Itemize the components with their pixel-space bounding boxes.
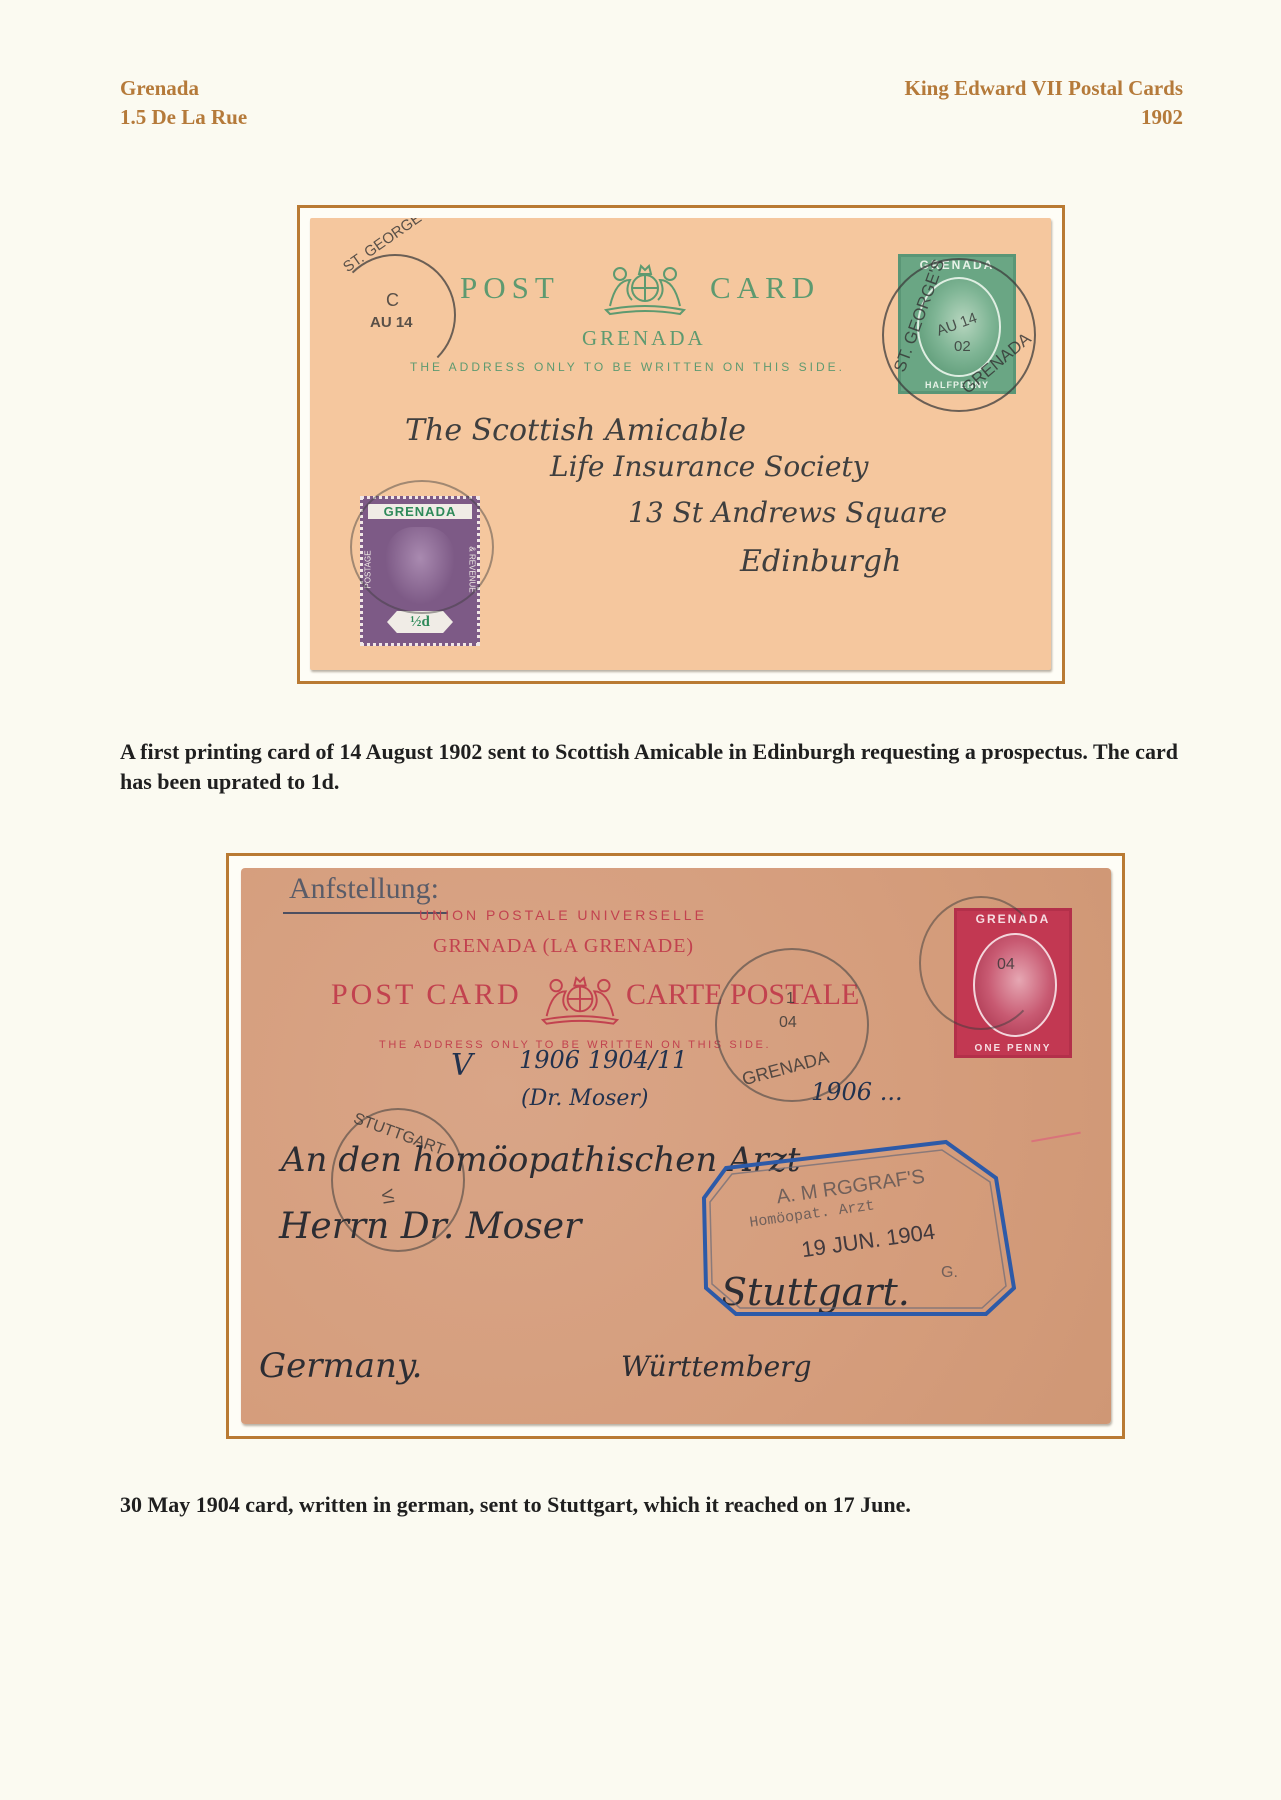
caption-card1: A first printing card of 14 August 1902 … <box>120 737 1180 797</box>
postmark-left-code: C <box>386 290 399 311</box>
royal-coat-of-arms-icon <box>539 966 621 1030</box>
doctor-receipt-box-stamp <box>696 1138 1016 1318</box>
postmark-left-date: AU 14 <box>370 314 413 331</box>
postmark-stamp-year: 04 <box>997 956 1015 974</box>
header-right: King Edward VII Postal Cards 1902 <box>905 74 1184 132</box>
address-line: Edinburgh <box>740 544 901 579</box>
card-title-post: POST <box>460 270 560 306</box>
address-line: Württemberg <box>621 1350 812 1383</box>
postal-card-1904: Anfstellung: UNION POSTALE UNIVERSELLE G… <box>241 868 1111 1424</box>
card1-frame: POST CARD GRENADA THE ADDRESS ONLY TO BE… <box>297 205 1065 684</box>
card-country: GRENADA <box>582 326 706 351</box>
stamp-value: ONE PENNY <box>957 1043 1069 1054</box>
card2-frame: Anfstellung: UNION POSTALE UNIVERSELLE G… <box>226 853 1125 1439</box>
card-instruction: THE ADDRESS ONLY TO BE WRITTEN ON THIS S… <box>410 360 845 374</box>
card-title-card: CARD <box>710 270 820 306</box>
royal-coat-of-arms-icon <box>602 256 688 318</box>
box-stamp-footer: G. <box>941 1264 958 1282</box>
header-country: Grenada <box>120 74 247 103</box>
postmark-on-stamp <box>919 896 1043 1030</box>
postal-card-1902: POST CARD GRENADA THE ADDRESS ONLY TO BE… <box>310 218 1051 670</box>
address-line: 13 St Andrews Square <box>628 496 947 529</box>
upu-heading: UNION POSTALE UNIVERSELLE <box>419 907 707 923</box>
postmark-center-year: 04 <box>779 1014 797 1032</box>
address-line: Germany. <box>259 1346 422 1386</box>
red-pencil-mark <box>1031 1132 1081 1143</box>
annotation-right: 1906 ... <box>811 1078 903 1106</box>
postmark-stuttgart-code: VI <box>376 1188 396 1206</box>
annotation-date: 1906 1904/11 <box>519 1046 687 1074</box>
postmark-center-day: 1 <box>786 990 795 1008</box>
card-title-post-card: POST CARD <box>331 978 522 1012</box>
card-country: GRENADA (LA GRENADE) <box>433 935 694 958</box>
address-line: The Scottish Amicable <box>405 413 746 448</box>
adhesive-value: ½d <box>387 611 453 633</box>
address-line: Herrn Dr. Moser <box>279 1206 581 1247</box>
postmark-on-adhesive <box>350 480 494 614</box>
annotation-name: (Dr. Moser) <box>521 1086 649 1111</box>
header-title: King Edward VII Postal Cards <box>905 74 1184 103</box>
annotation-v: V <box>451 1048 473 1083</box>
header-year: 1902 <box>905 103 1184 132</box>
header-left: Grenada 1.5 De La Rue <box>120 74 247 132</box>
postmark-right-year: 02 <box>954 338 971 355</box>
header-section: 1.5 De La Rue <box>120 103 247 132</box>
caption-card2: 30 May 1904 card, written in german, sen… <box>120 1490 1180 1520</box>
anfstellung-handstamp: Anfstellung: <box>289 872 439 906</box>
address-line: Life Insurance Society <box>550 450 868 483</box>
